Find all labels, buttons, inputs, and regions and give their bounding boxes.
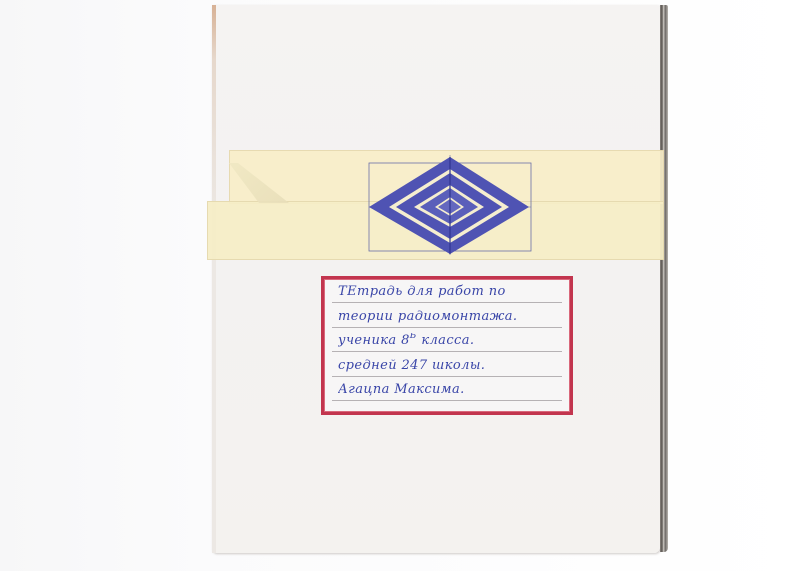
label-student-prefix: ученика 8: [338, 333, 410, 348]
label-line-subject: теории радиомонтажа.: [338, 309, 560, 324]
ruled-line: [332, 351, 562, 352]
ruled-line: [332, 376, 562, 377]
notebook-spine: [660, 5, 668, 552]
cover-left-edge: [212, 5, 216, 553]
label-line-name: Агацпа Максима.: [338, 382, 560, 397]
label-line-title: ТЕтрадь для работ по: [338, 284, 560, 299]
ruled-line: [332, 400, 562, 401]
ruled-line: [332, 302, 562, 303]
label-line-school: средней 247 школы.: [338, 358, 560, 373]
notebook-label: ТЕтрадь для работ по теории радиомонтажа…: [321, 276, 573, 415]
label-line-student: ученика 8Б класса.: [338, 333, 560, 348]
ruled-line: [332, 327, 562, 328]
concentric-diamond-icon: [367, 155, 533, 255]
diamond-drawing: [367, 155, 533, 255]
label-class-letter: Б: [410, 333, 417, 341]
label-class-suffix: класса.: [421, 333, 474, 348]
